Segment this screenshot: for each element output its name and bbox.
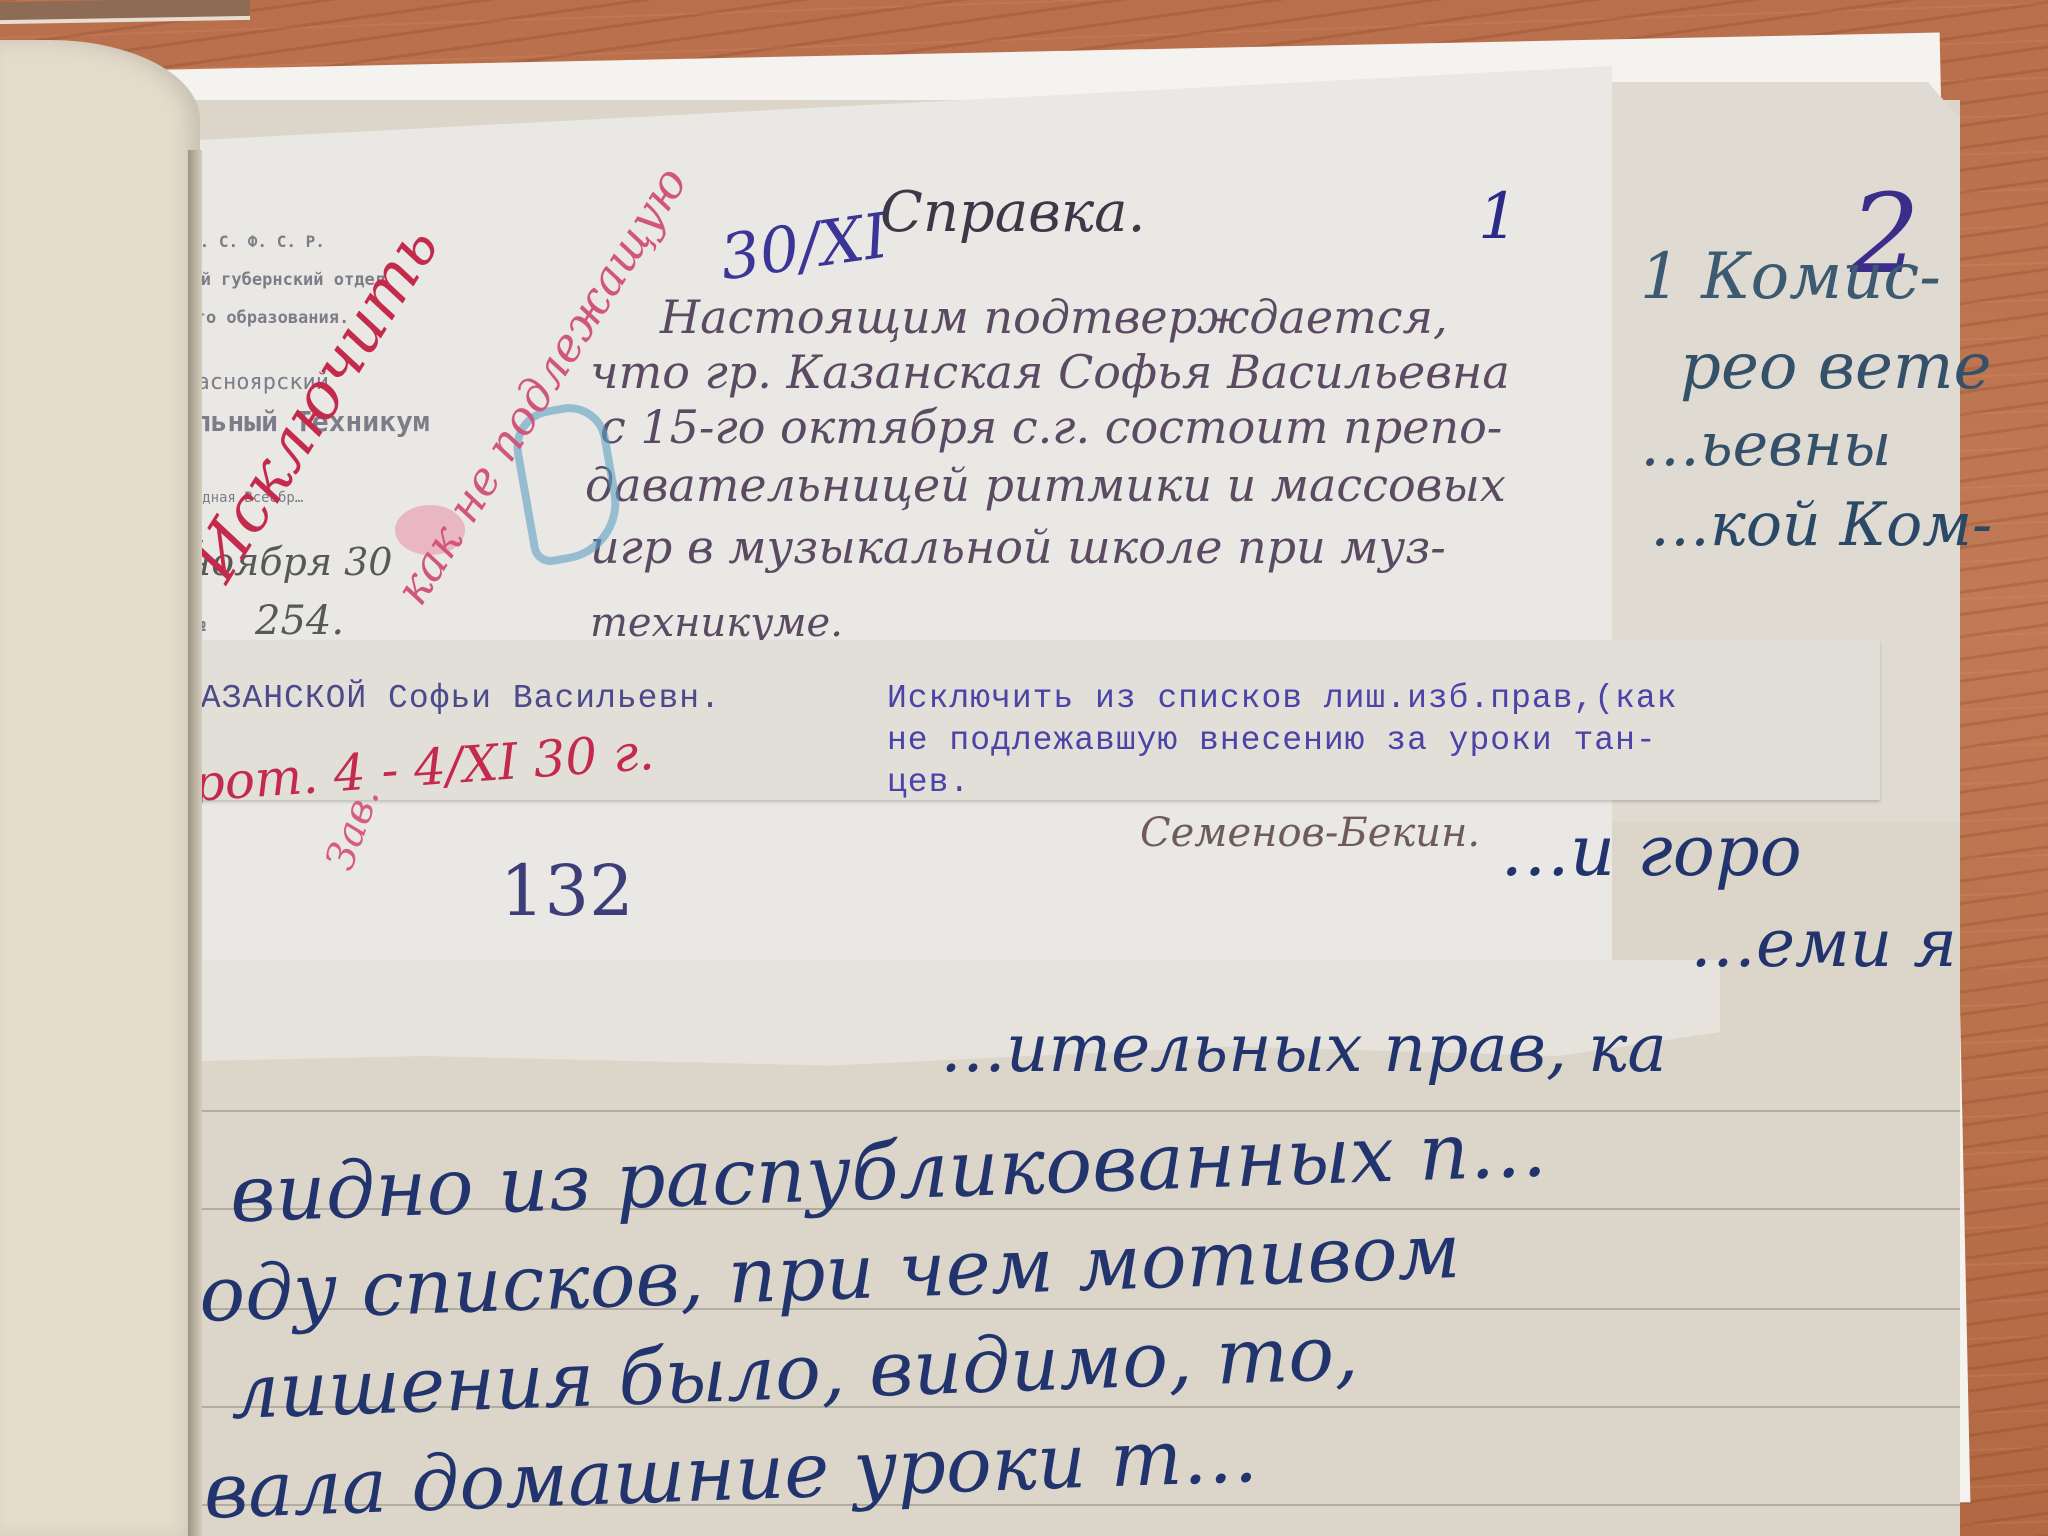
typed-resolution-line-3: цев. [887,764,970,801]
certificate-line-3: с 15-го октября с.г. состоит препо- [600,400,1502,454]
typed-resolution-line-2: не подлежавшую внесению за уроки тан- [887,722,1657,759]
typed-person-name: КАЗАНСКОЙ Софьи Васильевн. [180,680,721,717]
stamp-number: 254. [255,598,344,644]
stamp-line-1: Р. С. Ф. С. Р. [190,232,325,251]
certificate-signature: Семенов-Бекин. [1140,810,1480,856]
right-line-4: …кой Ком- [1650,490,1992,560]
certificate-page-mark: 1 [1478,180,1519,254]
certificate-line-4: давательницей ритмики и массовых [585,458,1506,512]
right-fragment-3: …ительных прав, ка [940,1010,1667,1087]
certificate-line-1: Настоящим подтверждается, [660,290,1448,344]
book-left-page [0,40,200,1536]
certificate-line-5: игр в музыкальной школе при муз- [590,520,1446,574]
archive-number: 132 [500,850,634,932]
right-fragment-2: …еми я [1690,905,1957,982]
right-line-3: …ьевны [1640,410,1891,480]
certificate-line-2: что гр. Казанская Софья Васильевна [590,345,1510,399]
typed-resolution-line-1: Исключить из списков лиш.изб.прав,(как [887,680,1678,717]
right-line-1: 1 Комис- [1640,240,1941,314]
book-gutter [188,150,202,1536]
certificate-title: Справка. [880,180,1145,245]
right-fragment-1: …и горо [1500,810,1802,892]
right-line-2: рео вете [1680,330,1991,404]
